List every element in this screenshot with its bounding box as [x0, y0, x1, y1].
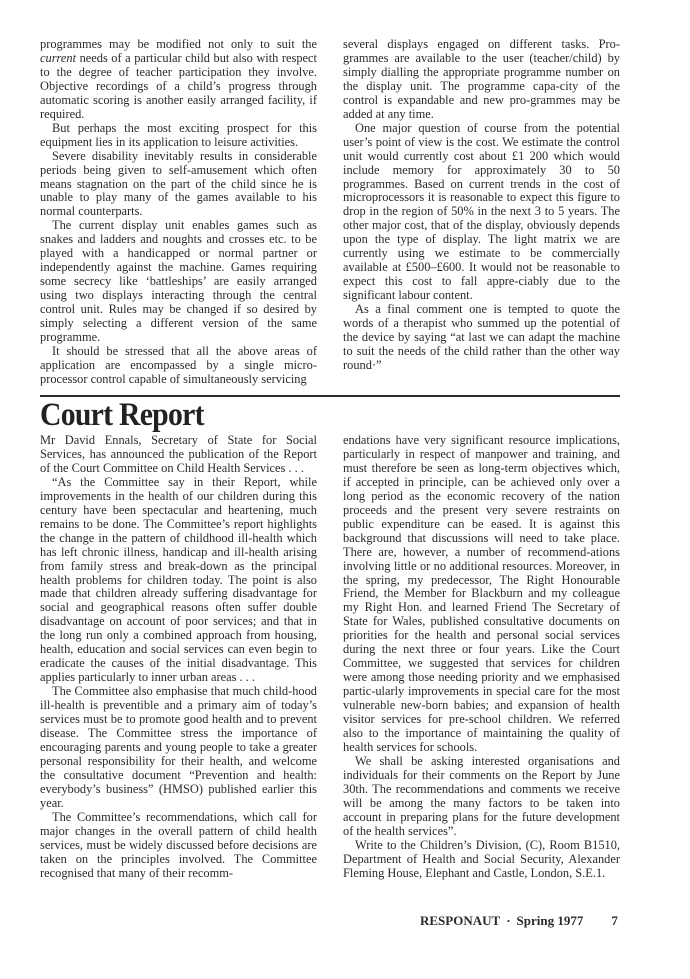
paragraph: But perhaps the most exciting prospect f…	[40, 122, 317, 150]
article-title: Court Report	[40, 396, 204, 434]
paragraph: It should be stressed that all the above…	[40, 345, 317, 387]
article-left-column: Mr David Ennals, Secretary of State for …	[40, 434, 317, 881]
issue-label: Spring 1977	[517, 913, 584, 928]
publication-name: RESPONAUT	[420, 913, 500, 928]
paragraph: As a final comment one is tempted to quo…	[343, 303, 620, 373]
text-run: needs of a particular child but also wit…	[40, 51, 317, 121]
paragraph: The Committee also emphasise that much c…	[40, 685, 317, 811]
paragraph: The current display unit enables games s…	[40, 219, 317, 345]
paragraph: One major question of course from the po…	[343, 122, 620, 303]
top-right-column: several displays engaged on different ta…	[343, 38, 620, 373]
paragraph: several displays engaged on different ta…	[343, 38, 620, 122]
paragraph: We shall be asking interested organisati…	[343, 755, 620, 839]
paragraph: Severe disability inevitably results in …	[40, 150, 317, 220]
top-left-column: programmes may be modified not only to s…	[40, 38, 317, 387]
page-number: 7	[611, 913, 618, 928]
text-run: programmes may be modified not only to s…	[40, 37, 317, 51]
footer-separator: ·	[506, 913, 510, 928]
page-footer: RESPONAUT·Spring 19777	[420, 913, 618, 929]
paragraph: endations have very significant resource…	[343, 434, 620, 755]
paragraph: programmes may be modified not only to s…	[40, 38, 317, 122]
italic-text: current	[40, 51, 76, 65]
article-right-column: endations have very significant resource…	[343, 434, 620, 881]
paragraph: Write to the Children’s Division, (C), R…	[343, 839, 620, 881]
paragraph: Mr David Ennals, Secretary of State for …	[40, 434, 317, 476]
paragraph: “As the Committee say in their Report, w…	[40, 476, 317, 685]
paragraph: The Committee’s recommendations, which c…	[40, 811, 317, 881]
